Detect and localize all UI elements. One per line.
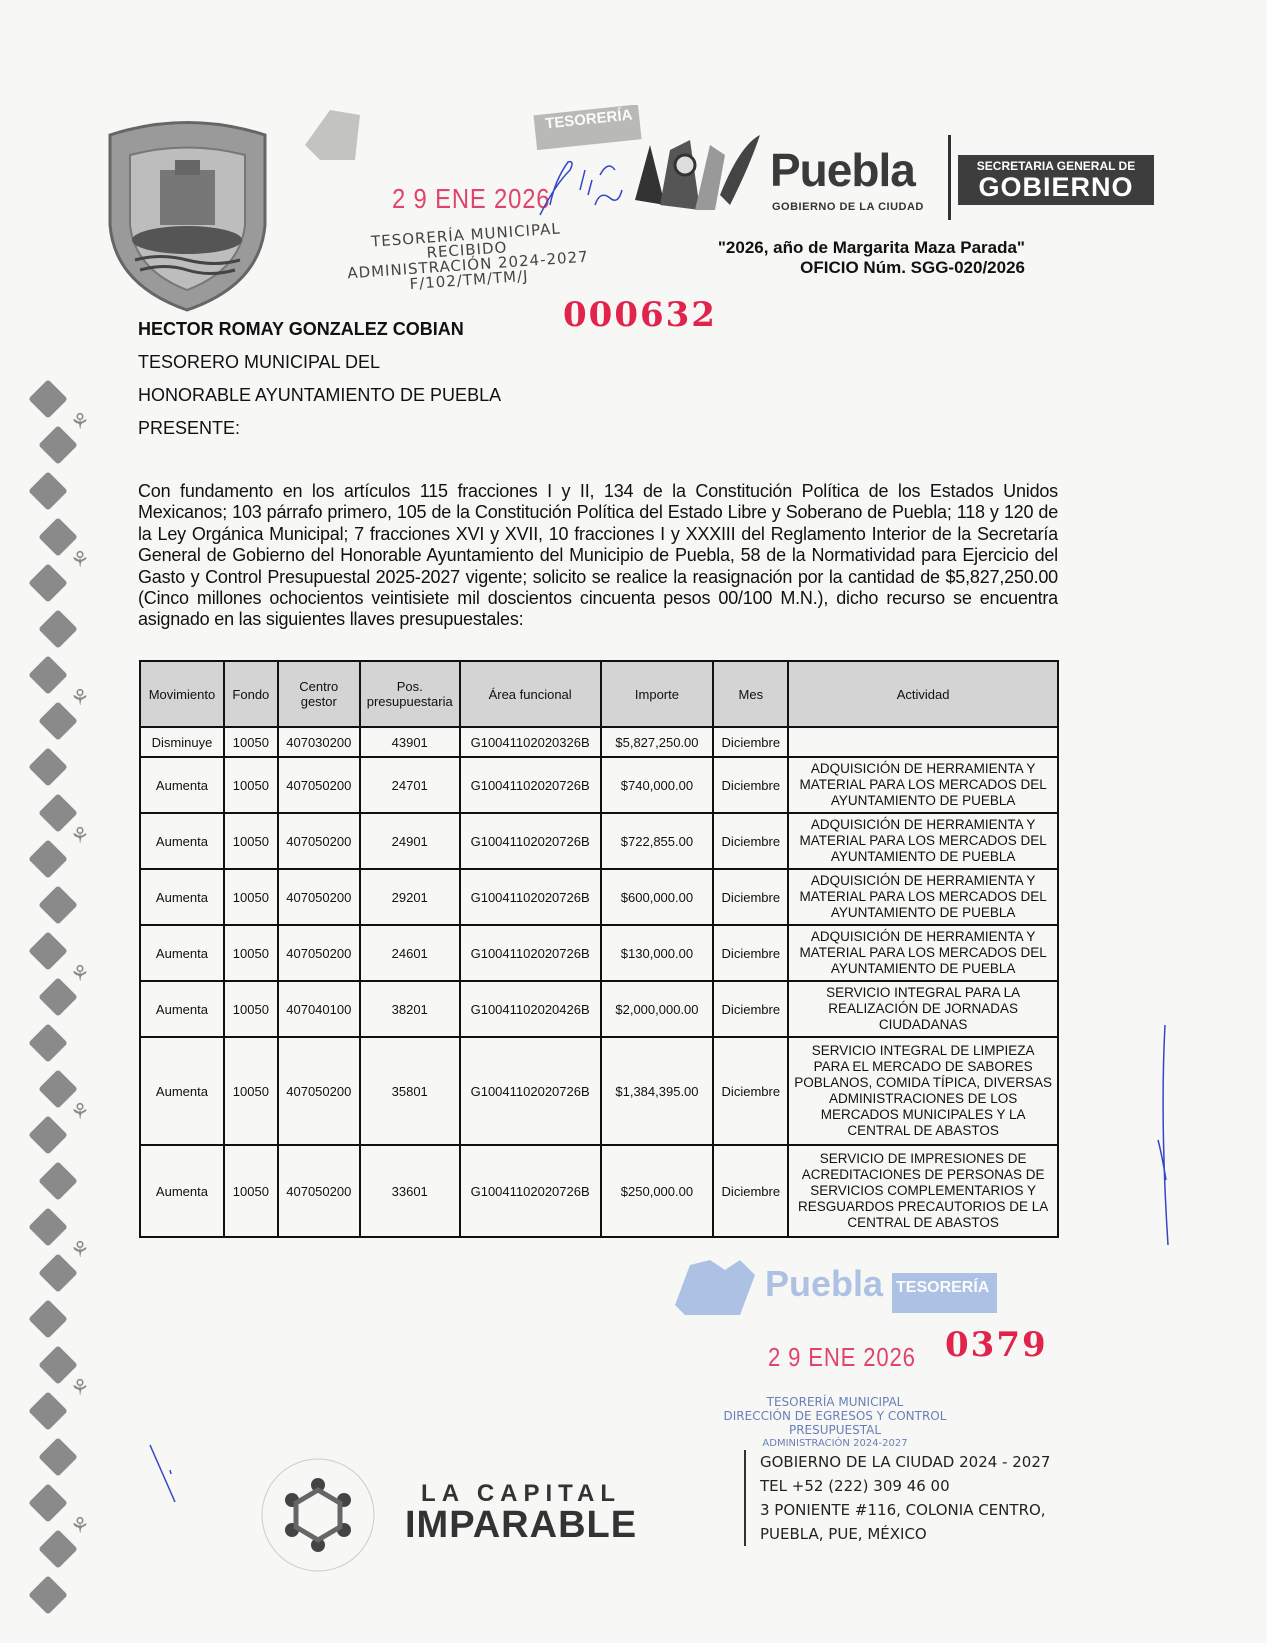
diamond-ornament-icon bbox=[38, 885, 78, 925]
stamp-wordmark: Puebla bbox=[765, 1263, 883, 1305]
table-cell: Diciembre bbox=[713, 981, 788, 1037]
folio-number-stamp: 000632 bbox=[563, 295, 717, 335]
secretaria-gobierno-badge: SECRETARIA GENERAL DE GOBIERNO bbox=[958, 155, 1154, 205]
diamond-ornament-icon bbox=[28, 1023, 68, 1063]
table-cell: $250,000.00 bbox=[601, 1145, 714, 1237]
table-cell: Aumenta bbox=[140, 757, 224, 813]
slogan-line2: IMPARABLE bbox=[405, 1508, 637, 1542]
column-header: Pos. presupuestaria bbox=[360, 661, 460, 727]
column-header: Fondo bbox=[224, 661, 278, 727]
address-line: 3 PONIENTE #116, COLONIA CENTRO, bbox=[760, 1498, 1050, 1522]
column-header: Importe bbox=[601, 661, 714, 727]
table-cell: 10050 bbox=[224, 1145, 278, 1237]
diamond-ornament-icon bbox=[28, 1483, 68, 1523]
table-cell: 407040100 bbox=[278, 981, 360, 1037]
table-cell: 10050 bbox=[224, 1037, 278, 1145]
table-cell: 38201 bbox=[360, 981, 460, 1037]
column-header: Centro gestor bbox=[278, 661, 360, 727]
stamp-line: PRESUPUESTAL bbox=[690, 1423, 980, 1437]
leaf-ornament-icon: ⚘ bbox=[70, 1101, 90, 1123]
tesoreria-stamp-logo-2: Puebla TESORERÍA bbox=[670, 1255, 1000, 1320]
table-cell: 24701 bbox=[360, 757, 460, 813]
stamp-line: DIRECCIÓN DE EGRESOS Y CONTROL bbox=[690, 1409, 980, 1423]
diamond-ornament-icon bbox=[28, 931, 68, 971]
puebla-wordmark: Puebla bbox=[770, 143, 915, 197]
diamond-ornament-icon bbox=[28, 839, 68, 879]
table-cell: G10041102020726B bbox=[460, 869, 601, 925]
ink-mark-icon bbox=[1140, 1020, 1180, 1250]
table-cell: 407050200 bbox=[278, 925, 360, 981]
table-cell: Aumenta bbox=[140, 925, 224, 981]
document-heading: "2026, año de Margarita Maza Parada" OFI… bbox=[675, 238, 1025, 278]
leaf-ornament-icon: ⚘ bbox=[70, 549, 90, 571]
column-header: Movimiento bbox=[140, 661, 224, 727]
table-cell: $740,000.00 bbox=[601, 757, 714, 813]
table-row: Aumenta1005040705020024901G1004110202072… bbox=[140, 813, 1058, 869]
diamond-ornament-icon bbox=[28, 1207, 68, 1247]
norma-igualdad-logo bbox=[258, 1455, 378, 1575]
table-cell: 10050 bbox=[224, 869, 278, 925]
table-row: Aumenta1005040705020033601G1004110202072… bbox=[140, 1145, 1058, 1237]
logo-divider bbox=[948, 135, 951, 220]
table-cell: 407050200 bbox=[278, 757, 360, 813]
diamond-ornament-icon bbox=[28, 1115, 68, 1155]
puebla-emblem-stamp-icon bbox=[670, 1255, 760, 1320]
table-cell: $5,827,250.00 bbox=[601, 727, 714, 757]
oficio-number: OFICIO Núm. SGG-020/2026 bbox=[675, 258, 1025, 278]
column-header: Actividad bbox=[788, 661, 1058, 727]
table-cell: $600,000.00 bbox=[601, 869, 714, 925]
stamp-line: TESORERÍA MUNICIPAL bbox=[690, 1395, 980, 1409]
badge-line2: GOBIERNO bbox=[966, 173, 1146, 201]
table-cell: ADQUISICIÓN DE HERRAMIENTA Y MATERIAL PA… bbox=[788, 925, 1058, 981]
table-cell: SERVICIO INTEGRAL PARA LA REALIZACIÓN DE… bbox=[788, 981, 1058, 1037]
table-cell: SERVICIO INTEGRAL DE LIMPIEZA PARA EL ME… bbox=[788, 1037, 1058, 1145]
body-paragraph: Con fundamento en los artículos 115 frac… bbox=[138, 481, 1058, 631]
table-cell: G10041102020726B bbox=[460, 1037, 601, 1145]
table-cell: Diciembre bbox=[713, 813, 788, 869]
egresos-stamp: TESORERÍA MUNICIPAL DIRECCIÓN DE EGRESOS… bbox=[690, 1395, 980, 1451]
table-cell: Diciembre bbox=[713, 1145, 788, 1237]
stamp-badge-text: TESORERÍA bbox=[896, 1279, 989, 1296]
table-cell: $2,000,000.00 bbox=[601, 981, 714, 1037]
table-cell: ADQUISICIÓN DE HERRAMIENTA Y MATERIAL PA… bbox=[788, 869, 1058, 925]
reception-date-stamp: 2 9 ENE 2026 bbox=[392, 183, 550, 215]
table-row: Aumenta1005040705020029201G1004110202072… bbox=[140, 869, 1058, 925]
salutation: PRESENTE: bbox=[138, 412, 501, 445]
addressee-institution: HONORABLE AYUNTAMIENTO DE PUEBLA bbox=[138, 379, 501, 412]
budget-table: MovimientoFondoCentro gestorPos. presupu… bbox=[139, 660, 1059, 1238]
table-cell: Aumenta bbox=[140, 869, 224, 925]
table-cell: Aumenta bbox=[140, 981, 224, 1037]
leaf-ornament-icon: ⚘ bbox=[70, 963, 90, 985]
stamp-line: ADMINISTRACIÓN 2024-2027 bbox=[690, 1437, 980, 1451]
table-cell: 10050 bbox=[224, 727, 278, 757]
table-cell: 29201 bbox=[360, 869, 460, 925]
table-cell: G10041102020726B bbox=[460, 757, 601, 813]
diamond-ornament-icon bbox=[28, 379, 68, 419]
table-cell: Aumenta bbox=[140, 1145, 224, 1237]
table-cell: 33601 bbox=[360, 1145, 460, 1237]
footer-address: GOBIERNO DE LA CIUDAD 2024 - 2027TEL +52… bbox=[744, 1450, 1050, 1546]
table-cell: 407050200 bbox=[278, 813, 360, 869]
address-line: TEL +52 (222) 309 46 00 bbox=[760, 1474, 1050, 1498]
diamond-ornament-icon bbox=[38, 1161, 78, 1201]
leaf-ornament-icon: ⚘ bbox=[70, 411, 90, 433]
table-cell: ADQUISICIÓN DE HERRAMIENTA Y MATERIAL PA… bbox=[788, 757, 1058, 813]
table-cell: 10050 bbox=[224, 757, 278, 813]
table-cell: G10041102020726B bbox=[460, 925, 601, 981]
table-row: Aumenta1005040705020035801G1004110202072… bbox=[140, 1037, 1058, 1145]
table-cell: 407050200 bbox=[278, 869, 360, 925]
decorative-border: ⚘⚘⚘⚘⚘⚘⚘⚘⚘ bbox=[30, 385, 100, 1635]
table-cell: Aumenta bbox=[140, 813, 224, 869]
column-header: Área funcional bbox=[460, 661, 601, 727]
ink-stroke-icon bbox=[145, 1440, 185, 1510]
table-row: Aumenta1005040705020024701G1004110202072… bbox=[140, 757, 1058, 813]
addressee-title: TESORERO MUNICIPAL DEL bbox=[138, 346, 501, 379]
table-cell: G10041102020426B bbox=[460, 981, 601, 1037]
table-cell: $1,384,395.00 bbox=[601, 1037, 714, 1145]
table-cell: Disminuye bbox=[140, 727, 224, 757]
table-cell: ADQUISICIÓN DE HERRAMIENTA Y MATERIAL PA… bbox=[788, 813, 1058, 869]
table-cell: Diciembre bbox=[713, 757, 788, 813]
stamp-badge: TESORERÍA bbox=[892, 1273, 997, 1313]
table-cell: G10041102020726B bbox=[460, 1145, 601, 1237]
city-crest-icon bbox=[100, 115, 275, 315]
puebla-emblem-icon bbox=[630, 125, 765, 215]
leaf-ornament-icon: ⚘ bbox=[70, 1377, 90, 1399]
table-cell: 407050200 bbox=[278, 1037, 360, 1145]
second-folio-stamp: 0379 bbox=[945, 1325, 1048, 1365]
table-cell: Diciembre bbox=[713, 727, 788, 757]
table-cell: 43901 bbox=[360, 727, 460, 757]
la-capital-imparable-logo: LA CAPITAL IMPARABLE bbox=[405, 1480, 637, 1542]
leaf-ornament-icon: ⚘ bbox=[70, 1515, 90, 1537]
table-cell: 10050 bbox=[224, 813, 278, 869]
table-cell: $722,855.00 bbox=[601, 813, 714, 869]
table-cell: Aumenta bbox=[140, 1037, 224, 1145]
diamond-ornament-icon bbox=[38, 609, 78, 649]
addressee-name: HECTOR ROMAY GONZALEZ COBIAN bbox=[138, 313, 501, 346]
diamond-ornament-icon bbox=[28, 1575, 68, 1615]
leaf-ornament-icon: ⚘ bbox=[70, 687, 90, 709]
diamond-ornament-icon bbox=[28, 747, 68, 787]
table-cell: 10050 bbox=[224, 925, 278, 981]
table-cell: Diciembre bbox=[713, 869, 788, 925]
address-line: GOBIERNO DE LA CIUDAD 2024 - 2027 bbox=[760, 1450, 1050, 1474]
table-cell: $130,000.00 bbox=[601, 925, 714, 981]
table-cell: 10050 bbox=[224, 981, 278, 1037]
table-header-row: MovimientoFondoCentro gestorPos. presupu… bbox=[140, 661, 1058, 727]
table-cell: 35801 bbox=[360, 1037, 460, 1145]
table-cell: 407050200 bbox=[278, 1145, 360, 1237]
table-cell: G10041102020726B bbox=[460, 813, 601, 869]
table-cell: Diciembre bbox=[713, 1037, 788, 1145]
table-row: Disminuye1005040703020043901G10041102020… bbox=[140, 727, 1058, 757]
table-row: Aumenta1005040704010038201G1004110202042… bbox=[140, 981, 1058, 1037]
diamond-ornament-icon bbox=[38, 1437, 78, 1477]
diamond-ornament-icon bbox=[28, 563, 68, 603]
table-row: Aumenta1005040705020024601G1004110202072… bbox=[140, 925, 1058, 981]
table-body: Disminuye1005040703020043901G10041102020… bbox=[140, 727, 1058, 1237]
recibido-stamp: TESORERÍA MUNICIPAL RECIBIDO ADMINISTRAC… bbox=[333, 219, 602, 297]
leaf-ornament-icon: ⚘ bbox=[70, 825, 90, 847]
puebla-government-logo: Puebla GOBIERNO DE LA CIUDAD SECRETARIA … bbox=[630, 125, 1150, 225]
addressee-block: HECTOR ROMAY GONZALEZ COBIAN TESORERO MU… bbox=[138, 313, 501, 445]
leaf-ornament-icon: ⚘ bbox=[70, 1239, 90, 1261]
badge-line1: SECRETARIA GENERAL DE bbox=[966, 159, 1146, 173]
table-cell: G10041102020326B bbox=[460, 727, 601, 757]
diamond-ornament-icon bbox=[28, 471, 68, 511]
handwritten-initials-icon bbox=[530, 150, 630, 220]
puebla-subtitle: GOBIERNO DE LA CIUDAD bbox=[772, 201, 924, 213]
diamond-ornament-icon bbox=[28, 1391, 68, 1431]
table-cell: Diciembre bbox=[713, 925, 788, 981]
column-header: Mes bbox=[713, 661, 788, 727]
diamond-ornament-icon bbox=[28, 655, 68, 695]
table-cell: 24901 bbox=[360, 813, 460, 869]
year-motto: "2026, año de Margarita Maza Parada" bbox=[675, 238, 1025, 258]
table-cell: 407030200 bbox=[278, 727, 360, 757]
table-cell bbox=[788, 727, 1058, 757]
table-cell: SERVICIO DE IMPRESIONES DE ACREDITACIONE… bbox=[788, 1145, 1058, 1237]
table-cell: 24601 bbox=[360, 925, 460, 981]
address-line: PUEBLA, PUE, MÉXICO bbox=[760, 1522, 1050, 1546]
second-date-stamp: 2 9 ENE 2026 bbox=[768, 1342, 916, 1373]
diamond-ornament-icon bbox=[28, 1299, 68, 1339]
